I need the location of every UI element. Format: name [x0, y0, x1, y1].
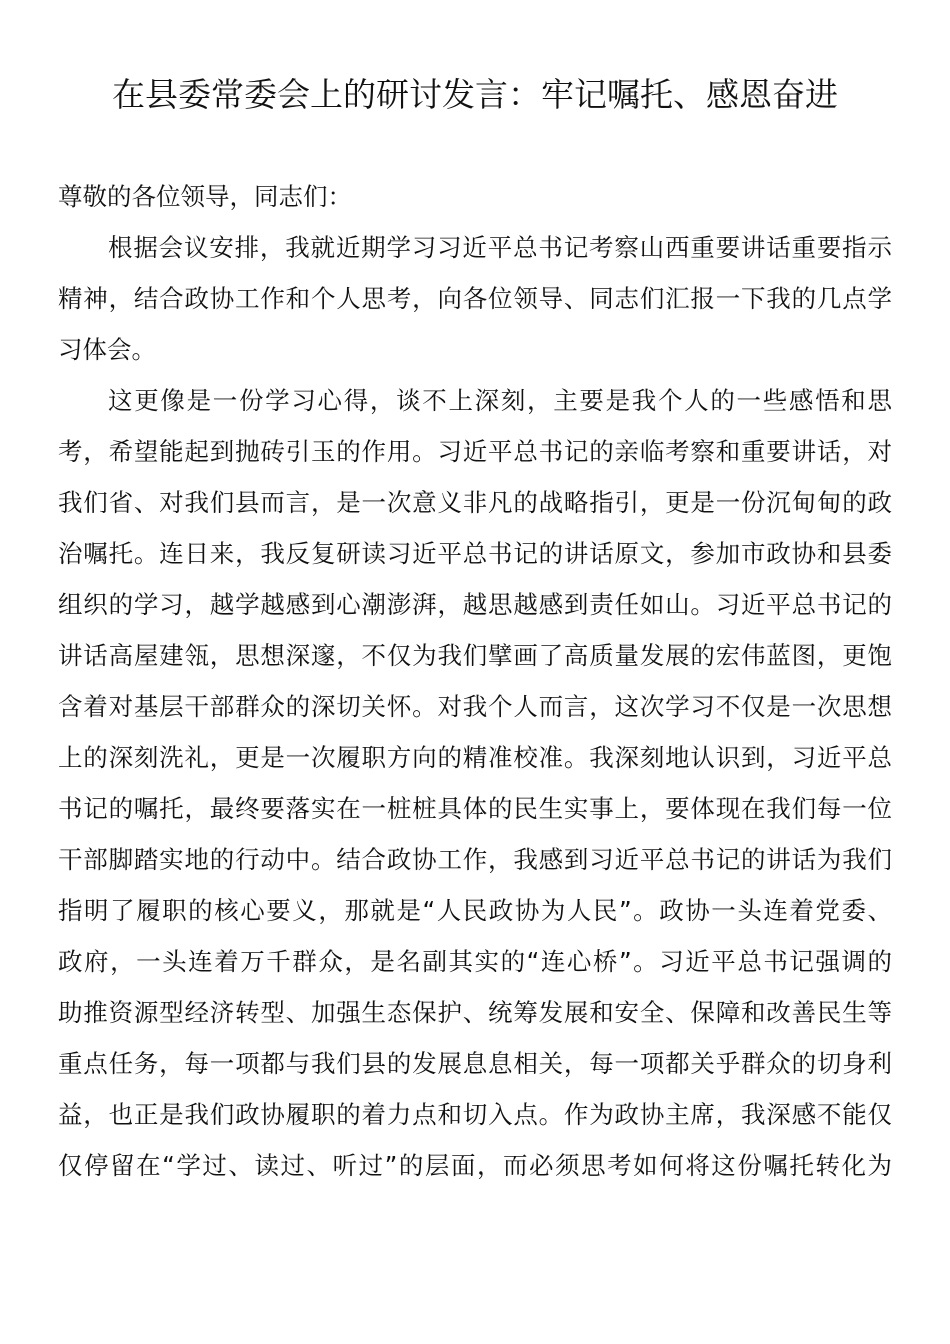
paragraph-line: 这更像是一份学习心得，谈不上深刻，主要是我个人的一些感悟和思: [58, 380, 892, 431]
paragraph-line: 讲话高屋建瓴，思想深邃，不仅为我们擘画了高质量发展的宏伟蓝图，更饱: [58, 635, 892, 686]
paragraph-line: 我们省、对我们县而言，是一次意义非凡的战略指引，更是一份沉甸甸的政: [58, 482, 892, 533]
paragraph-line: 干部脚踏实地的行动中。结合政协工作，我感到习近平总书记的讲话为我们: [58, 839, 892, 890]
paragraph-line: 益，也正是我们政协履职的着力点和切入点。作为政协主席，我深感不能仅: [58, 1094, 892, 1145]
paragraph-line: 治嘱托。连日来，我反复研读习近平总书记的讲话原文，参加市政协和县委: [58, 533, 892, 584]
document-page: 在县委常委会上的研讨发言：牢记嘱托、感恩奋进 尊敬的各位领导，同志们： 根据会议…: [0, 0, 950, 1344]
paragraph-line: 重点任务，每一项都与我们县的发展息息相关，每一项都关乎群众的切身利: [58, 1043, 892, 1094]
paragraph-line: 指明了履职的核心要义，那就是“人民政协为人民”。政协一头连着党委、: [58, 890, 892, 941]
salutation: 尊敬的各位领导，同志们：: [58, 176, 892, 227]
paragraph-1: 根据会议安排，我就近期学习习近平总书记考察山西重要讲话重要指示 精神，结合政协工…: [58, 227, 892, 380]
paragraph-line: 仅停留在“学过、读过、听过”的层面，而必须思考如何将这份嘱托转化为: [58, 1145, 892, 1196]
paragraph-line: 考，希望能起到抛砖引玉的作用。习近平总书记的亲临考察和重要讲话，对: [58, 431, 892, 482]
paragraph-line: 书记的嘱托，最终要落实在一桩桩具体的民生实事上，要体现在我们每一位: [58, 788, 892, 839]
paragraph-line: 上的深刻洗礼，更是一次履职方向的精准校准。我深刻地认识到，习近平总: [58, 737, 892, 788]
paragraph-line: 精神，结合政协工作和个人思考，向各位领导、同志们汇报一下我的几点学: [58, 278, 892, 329]
paragraph-line: 根据会议安排，我就近期学习习近平总书记考察山西重要讲话重要指示: [58, 227, 892, 278]
paragraph-line: 习体会。: [58, 329, 892, 380]
document-body: 尊敬的各位领导，同志们： 根据会议安排，我就近期学习习近平总书记考察山西重要讲话…: [58, 176, 892, 1196]
paragraph-line: 政府，一头连着万千群众，是名副其实的“连心桥”。习近平总书记强调的: [58, 941, 892, 992]
paragraph-line: 助推资源型经济转型、加强生态保护、统筹发展和安全、保障和改善民生等: [58, 992, 892, 1043]
paragraph-line: 组织的学习，越学越感到心潮澎湃，越思越感到责任如山。习近平总书记的: [58, 584, 892, 635]
paragraph-2: 这更像是一份学习心得，谈不上深刻，主要是我个人的一些感悟和思 考，希望能起到抛砖…: [58, 380, 892, 1196]
paragraph-line: 含着对基层干部群众的深切关怀。对我个人而言，这次学习不仅是一次思想: [58, 686, 892, 737]
document-title: 在县委常委会上的研讨发言：牢记嘱托、感恩奋进: [0, 70, 950, 120]
